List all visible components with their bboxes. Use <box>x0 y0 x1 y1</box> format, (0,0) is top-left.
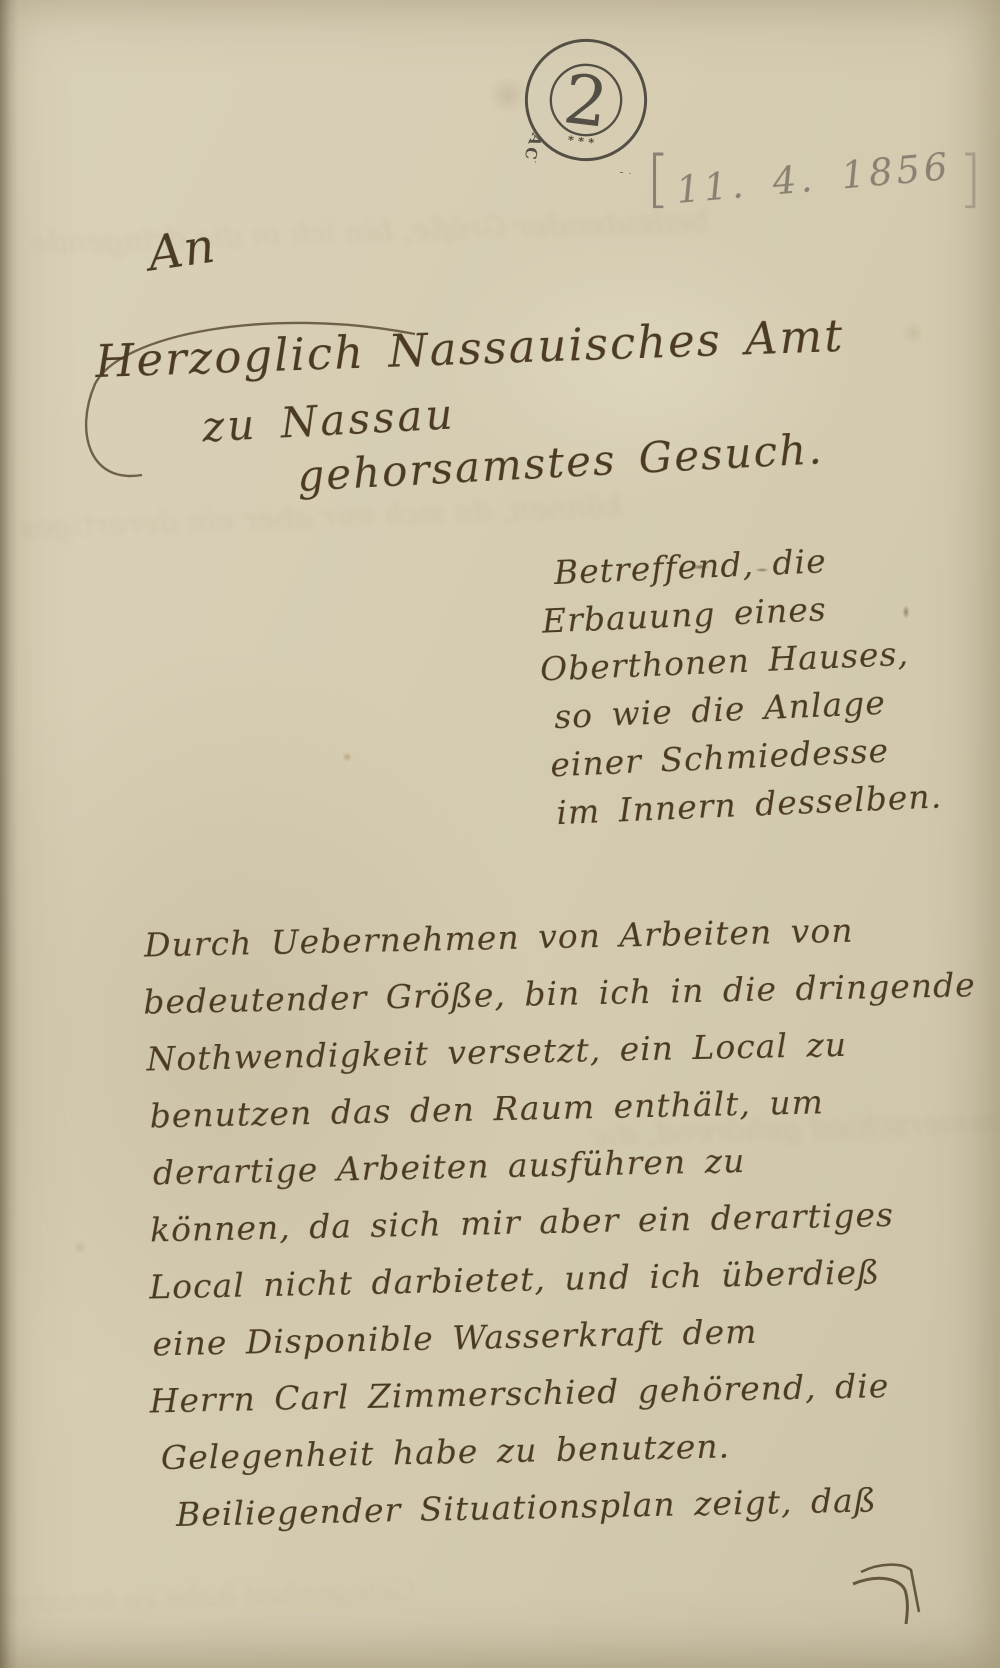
subject-block: Betreffend, die Erbauung eines Oberthone… <box>539 531 991 838</box>
open-bracket: [ <box>646 148 670 210</box>
archive-date-annotation: [ 11. 4. 1856 ] <box>646 148 982 210</box>
scanned-letter-page: bedeutender Größe, bin ich in die dringe… <box>0 0 1000 1668</box>
close-bracket: ] <box>958 148 982 210</box>
salutation: An <box>144 218 219 283</box>
body-paragraph: Durch Uebernehmen von Arbeiten von bedeu… <box>144 900 967 1544</box>
page-edge-shadow <box>0 0 18 1668</box>
acht-kreuzer-stamp: ACHT KREUZER 2 * * * <box>520 32 652 168</box>
address-line-2: zu Nassau <box>201 389 457 451</box>
stamp-ornament-icon: * * * <box>567 133 595 150</box>
bleedthrough-ghost: bedeutender Größe, bin ich in die dringe… <box>30 203 710 262</box>
bleedthrough-ghost: Gelegenheit habe zu benutzen. <box>0 1572 416 1620</box>
archive-date-text: 11. 4. 1856 <box>674 136 954 222</box>
address-line-1: Herzoglich Nassauisches Amt <box>94 309 845 388</box>
pen-flourish <box>845 1550 955 1645</box>
